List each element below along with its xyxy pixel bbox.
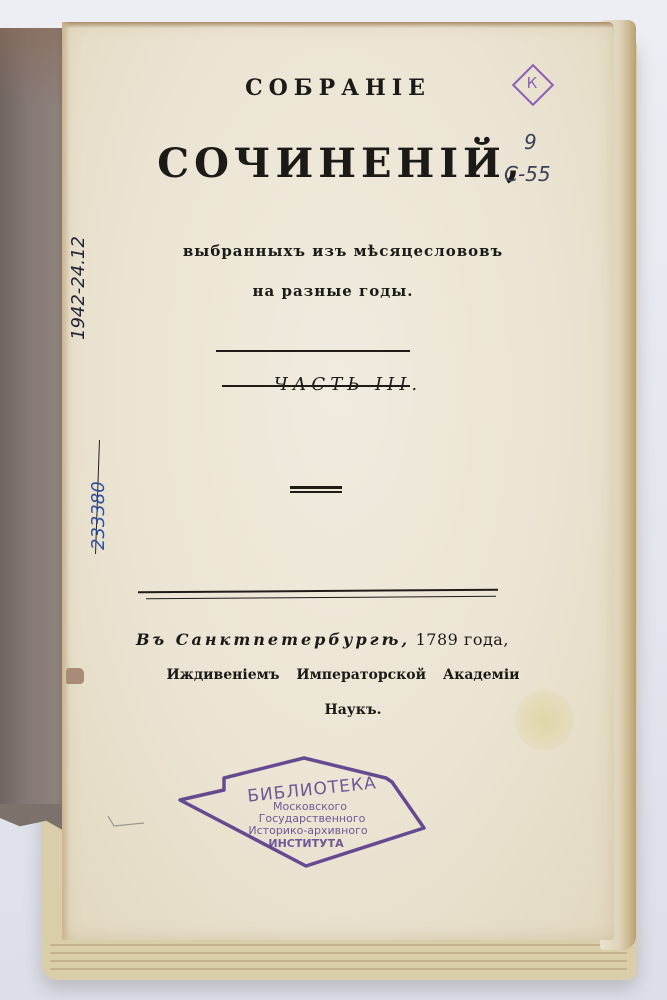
book-spine-cover (0, 28, 70, 818)
subtitle-line-1: выбранныхъ изъ мѣсяцеслововъ (62, 242, 614, 260)
shelf-mark-number: 9 (524, 130, 537, 154)
corner-stamp-letter: К (524, 74, 540, 92)
imprint-publisher-end: Наукъ. (62, 702, 614, 718)
imprint-place-year: Въ Санктпетербургѣ, 1789 года, (136, 630, 509, 649)
part-bottom-rule (222, 385, 410, 387)
page-edge (50, 968, 627, 970)
imprint-publisher: Иждивеніемъ Императорской Академіи (62, 667, 614, 683)
imprint-rule-top (138, 589, 498, 594)
ornament-bar (290, 491, 342, 493)
subtitle-line-2: на разные годы. (62, 282, 614, 300)
acquisition-note: 1942-24.12 (68, 236, 89, 340)
stamp-line-institute: ИНСТИТУТА (178, 837, 434, 850)
page-yellow-stain (514, 690, 574, 750)
inventory-number: 233380 (88, 481, 109, 550)
page-top-stain (62, 22, 614, 28)
page-edge (50, 952, 627, 954)
imprint-year: 1789 года, (416, 630, 509, 649)
imprint-place: Въ Санктпетербургѣ, (136, 630, 410, 649)
ornament-bar (290, 486, 342, 489)
page-edge (50, 944, 627, 946)
spine-stain (0, 28, 70, 108)
double-rule-ornament (290, 486, 342, 493)
part-top-rule (216, 350, 410, 352)
page-edge (50, 960, 627, 962)
stamp-line-historical: Историко-архивного (180, 824, 436, 837)
shelf-mark-code: С-55 (504, 162, 551, 186)
library-stamp: БИБЛИОТЕКА Московского Государственного … (176, 750, 432, 870)
title-page: СОБРАНІЕ СОЧИНЕНІЙ, выбранныхъ изъ мѣсяц… (62, 22, 614, 940)
paper-scrap (66, 668, 84, 684)
imprint-rule-bottom (146, 596, 496, 599)
pencil-check-icon (106, 814, 146, 828)
